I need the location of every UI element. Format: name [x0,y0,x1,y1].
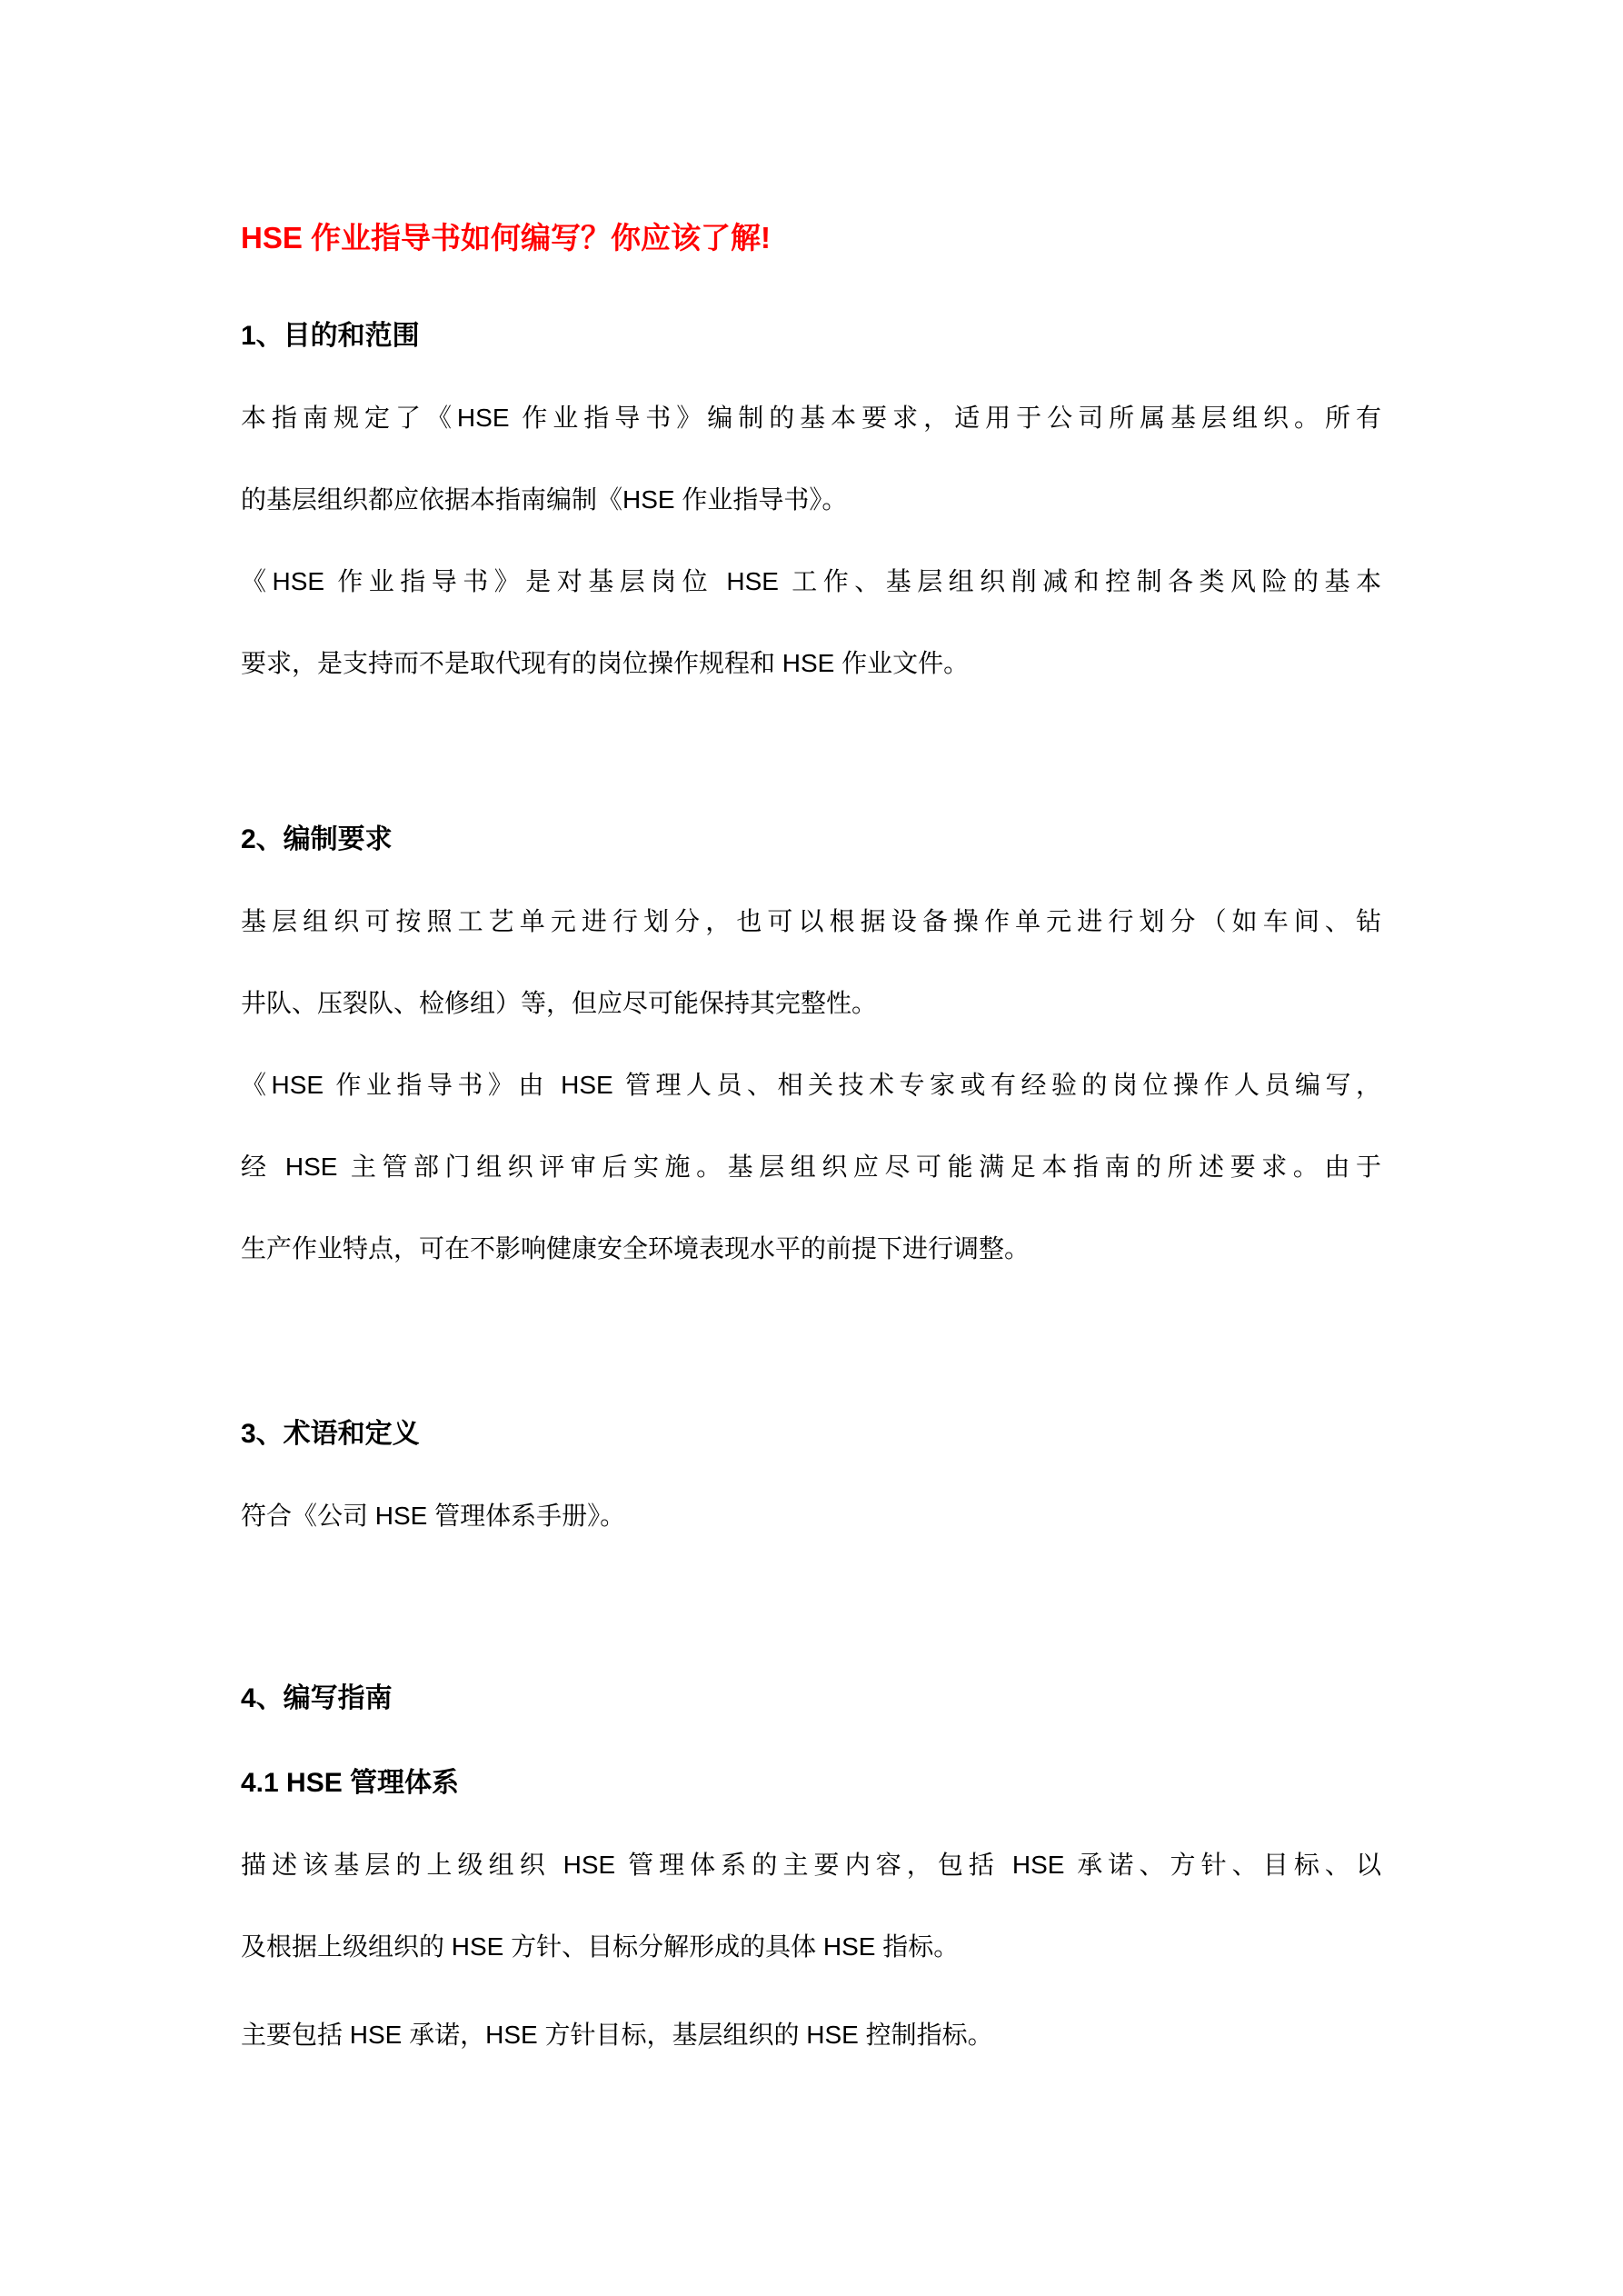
document-title: HSE 作业指导书如何编写？你应该了解! [241,197,1381,279]
section-heading-1: 1、目的和范围 [241,295,1381,377]
paragraph-line: 本指南规定了《HSE 作业指导书》编制的基本要求，适用于公司所属基层组织。所有 [241,377,1381,459]
paragraph-line: 《HSE 作业指导书》是对基层岗位 HSE 工作、基层组织削减和控制各类风险的基… [241,541,1381,623]
paragraph-line: 经 HSE 主管部门组织评审后实施。基层组织应尽可能满足本指南的所述要求。由于 [241,1126,1381,1208]
paragraph-line: 要求，是支持而不是取代现有的岗位操作规程和 HSE 作业文件。 [241,623,1381,704]
section-subheading-4-1: 4.1 HSE 管理体系 [241,1742,1381,1824]
paragraph-line: 生产作业特点，可在不影响健康安全环境表现水平的前提下进行调整。 [241,1208,1381,1290]
section-heading-2: 2、编制要求 [241,799,1381,881]
paragraph-line: 井队、压裂队、检修组）等，但应尽可能保持其完整性。 [241,963,1381,1044]
section-heading-4: 4、编写指南 [241,1658,1381,1740]
section-heading-3: 3、术语和定义 [241,1393,1381,1475]
paragraph-line: 符合《公司 HSE 管理体系手册》。 [241,1475,1381,1557]
paragraph-line: 《HSE 作业指导书》由 HSE 管理人员、相关技术专家或有经验的岗位操作人员编… [241,1044,1381,1126]
paragraph-line: 的基层组织都应依据本指南编制《HSE 作业指导书》。 [241,459,1381,541]
paragraph-line: 描述该基层的上级组织 HSE 管理体系的主要内容，包括 HSE 承诺、方针、目标… [241,1824,1381,1906]
paragraph-line: 及根据上级组织的 HSE 方针、目标分解形成的具体 HSE 指标。 [241,1906,1381,1988]
document-page: HSE 作业指导书如何编写？你应该了解! 1、目的和范围 本指南规定了《HSE … [0,0,1623,2296]
paragraph-line: 主要包括 HSE 承诺，HSE 方针目标，基层组织的 HSE 控制指标。 [241,1994,1381,2076]
paragraph-line: 基层组织可按照工艺单元进行划分，也可以根据设备操作单元进行划分（如车间、钻 [241,881,1381,963]
